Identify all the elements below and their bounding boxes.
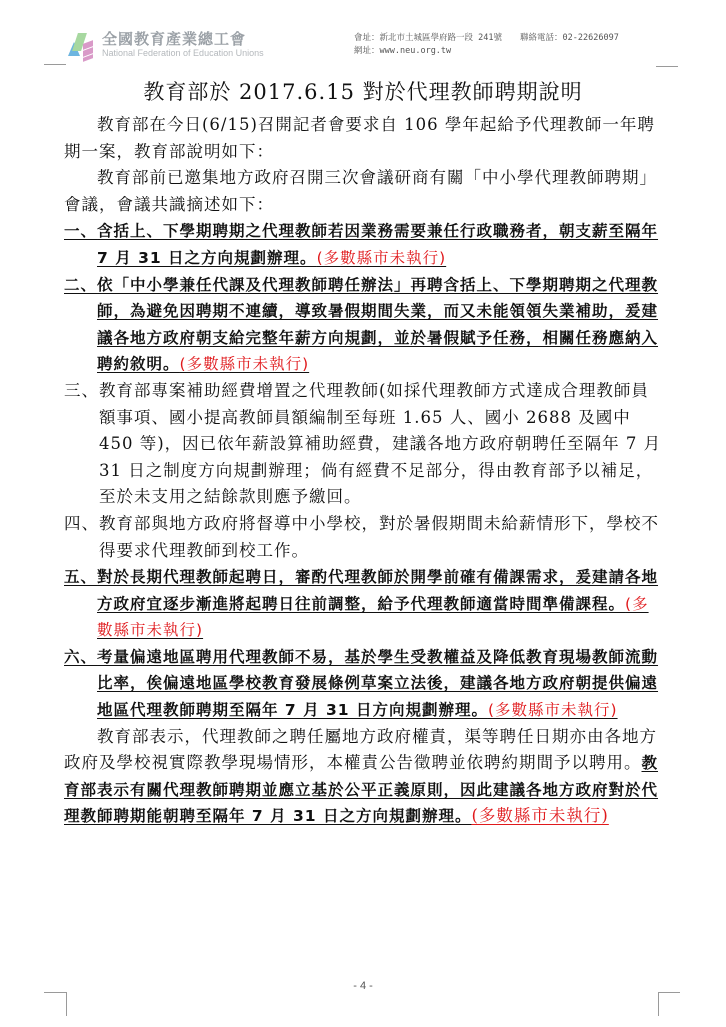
list-item-number: 五、 bbox=[64, 564, 97, 644]
status-note: (多數縣市未執行) bbox=[488, 701, 618, 719]
address: 新北市土城區學府路一段 241號 bbox=[380, 33, 502, 43]
organization-logo: 全國教育產業總工會 National Federation of Educati… bbox=[66, 30, 264, 60]
crop-mark-top-left bbox=[44, 64, 66, 65]
phone-label: 聯絡電話： bbox=[520, 33, 563, 43]
list-item-number: 六、 bbox=[64, 644, 97, 724]
status-note: (多數縣市未執行) bbox=[471, 806, 608, 825]
list-item-2: 二、 依「中小學兼任代課及代理教師聘任辦法」再聘含括上、下學期聘期之代理教師，為… bbox=[64, 272, 664, 378]
phone: 02-22626097 bbox=[563, 33, 619, 43]
status-note: (多數縣市未執行) bbox=[317, 249, 447, 267]
list-item-text: 教育部專案補助經費增置之代理教師(如採代理教師方式達成合理教師員額事項、國小提高… bbox=[99, 378, 664, 511]
crop-mark-top-right bbox=[656, 66, 678, 67]
organization-name-cn: 全國教育產業總工會 bbox=[102, 32, 264, 47]
crop-mark-bottom-left-h bbox=[44, 992, 66, 993]
list-item-5: 五、 對於長期代理教師起聘日，審酌代理教師於開學前確有備課需求，爰建請各地方政府… bbox=[64, 564, 664, 644]
list-item-number: 一、 bbox=[64, 218, 97, 271]
list-item-1: 一、 含括上、下學期聘期之代理教師若因業務需要兼任行政職務者，朝支薪至隔年 7 … bbox=[64, 218, 664, 271]
website-label: 網址： bbox=[354, 46, 380, 56]
list-item-text: 對於長期代理教師起聘日，審酌代理教師於開學前確有備課需求，爰建請各地方政府宜逐步… bbox=[97, 568, 658, 613]
list-item-text: 教育部與地方政府將督導中小學校，對於暑假期間未給薪情形下，學校不得要求代理教師到… bbox=[99, 511, 664, 564]
list-item-4: 四、 教育部與地方政府將督導中小學校，對於暑假期間未給薪情形下，學校不得要求代理… bbox=[64, 511, 664, 564]
list-item-number: 四、 bbox=[64, 511, 99, 564]
closing-paragraph: 教育部表示，代理教師之聘任屬地方政府權責，渠等聘任日期亦由各地方政府及學校視實際… bbox=[64, 724, 664, 830]
organization-name-en: National Federation of Education Unions bbox=[102, 49, 264, 58]
list-item-number: 三、 bbox=[64, 378, 99, 511]
list-item-3: 三、 教育部專案補助經費增置之代理教師(如採代理教師方式達成合理教師員額事項、國… bbox=[64, 378, 664, 511]
crop-mark-bottom-left-v bbox=[66, 992, 67, 1016]
document-body: 教育部在今日(6/15)召開記者會要求自 106 學年起給予代理教師一年聘期一案… bbox=[64, 112, 664, 830]
status-note: (多數縣市未執行) bbox=[180, 355, 310, 373]
intro-paragraph-2: 教育部前已邀集地方政府召開三次會議研商有關「中小學代理教師聘期」會議，會議共識摘… bbox=[64, 165, 664, 218]
list-item-number: 二、 bbox=[64, 272, 97, 378]
crop-mark-bottom-right-v bbox=[658, 992, 659, 1016]
contact-info: 會址：新北市土城區學府路一段 241號聯絡電話：02-22626097 網址：w… bbox=[354, 32, 619, 58]
intro-paragraph-1: 教育部在今日(6/15)召開記者會要求自 106 學年起給予代理教師一年聘期一案… bbox=[64, 112, 664, 165]
address-label: 會址： bbox=[354, 33, 380, 43]
crop-mark-bottom-right-h bbox=[658, 992, 680, 993]
page-number: - 4 - bbox=[0, 980, 726, 992]
website: www.neu.org.tw bbox=[380, 46, 452, 56]
document-title: 教育部於 2017.6.15 對於代理教師聘期說明 bbox=[0, 76, 726, 106]
closing-plain-text: 教育部表示，代理教師之聘任屬地方政府權責，渠等聘任日期亦由各地方政府及學校視實際… bbox=[64, 727, 657, 773]
logo-icon bbox=[66, 30, 96, 60]
list-item-6: 六、 考量偏遠地區聘用代理教師不易，基於學生受教權益及降低教育現場教師流動比率，… bbox=[64, 644, 664, 724]
